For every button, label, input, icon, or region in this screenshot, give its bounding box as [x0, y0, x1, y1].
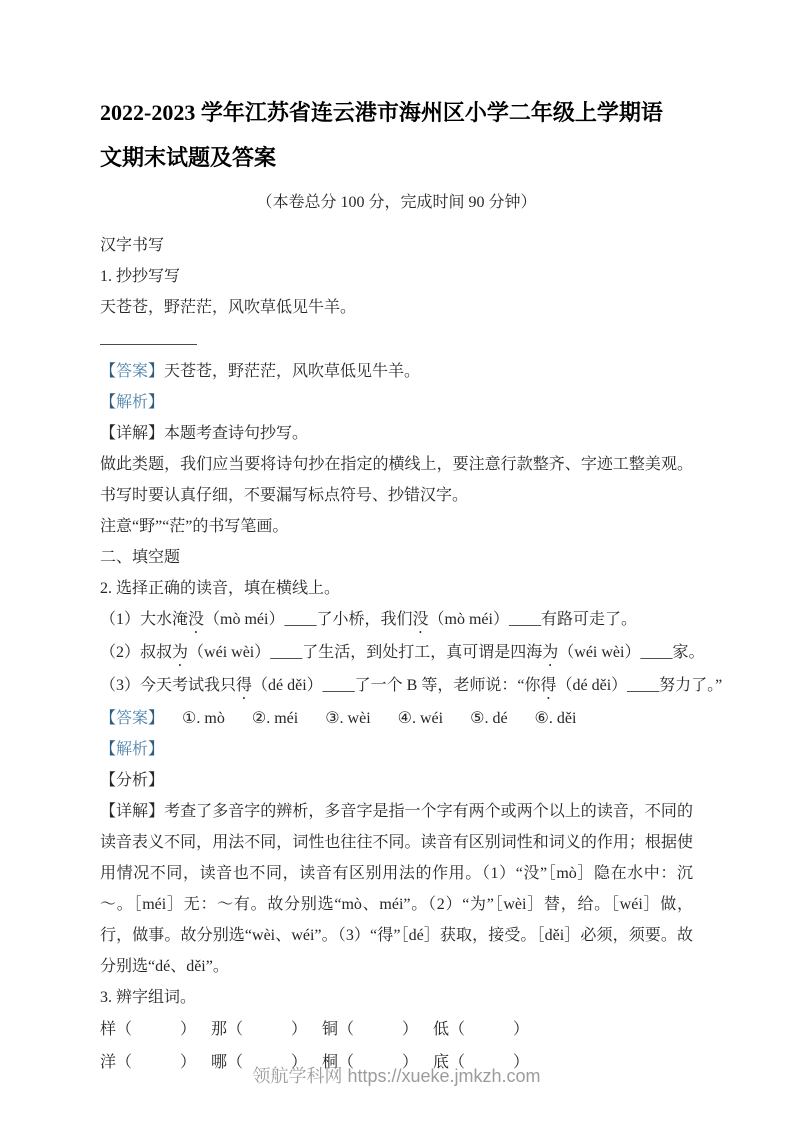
q2-item-2-text: （wéi wèi）____了生活，到处打工，真可谓是四海: [188, 644, 542, 661]
bracket: 】: [148, 803, 164, 820]
q1-blank-row: [100, 323, 693, 356]
bracket: 】: [148, 710, 164, 727]
bracket: 】: [148, 741, 164, 758]
page-title: 2022-2023 学年江苏省连云港市海州区小学二年级上学期语文期末试题及答案: [100, 90, 693, 180]
word-blank-cell: 铜（ ）: [322, 1013, 418, 1046]
emphasized-char: 为: [542, 644, 558, 661]
title-line-2: 文期末试题及答案: [100, 145, 276, 170]
exam-info: （本卷总分 100 分，完成时间 90 分钟）: [100, 188, 693, 218]
q2-answer-label: 【答案】: [100, 703, 164, 734]
q2-fenxi-row: 【分析】: [100, 765, 693, 796]
answer-option: ⑤. dé: [470, 703, 507, 734]
word-blank-cell: 样（ ）: [100, 1013, 196, 1046]
q1-analysis-row: 【解析】: [100, 387, 693, 418]
q1-answer-row: 【答案】天苍苍，野茫茫，风吹草低见牛羊。: [100, 356, 693, 387]
answer-option: ④. wéi: [398, 703, 443, 734]
answer-option: ⑥. děi: [535, 703, 577, 734]
analysis-label: 解析: [116, 741, 148, 758]
q2-item-2-text: （2）叔叔: [100, 644, 172, 661]
emphasized-char: 得: [236, 677, 252, 694]
q1-number: 1. 抄抄写写: [100, 261, 693, 292]
emphasized-char: 没: [412, 611, 428, 628]
word-blank-cell: 那（ ）: [211, 1013, 307, 1046]
q2-detail-text: 考查了多音字的辨析，多音字是指一个字有两个或两个以上的读音，不同的读音表义不同，…: [100, 803, 693, 975]
bracket: 【: [100, 394, 116, 411]
title-line-1: 2022-2023 学年江苏省连云港市海州区小学二年级上学期语: [100, 100, 663, 125]
q2-item-1-text: （mò méi）____了小桥，我们: [204, 611, 412, 628]
q3-row-1: 样（ ）那（ ）铜（ ）低（ ）: [100, 1013, 693, 1046]
detail-label: 详解: [116, 803, 148, 820]
bracket: 】: [148, 363, 164, 380]
q2-item-3: （3）今天考试我只得（dé děi）____了一个 B 等，老师说：“你得（dé…: [100, 670, 693, 703]
answer-label: 答案: [116, 363, 148, 380]
bracket: 】: [148, 425, 164, 442]
q1-detail-note: 注意“野”“茫”的书写笔画。: [100, 511, 693, 542]
q2-number: 2. 选择正确的读音，填在横线上。: [100, 573, 693, 604]
q3-number: 3. 辨字组词。: [100, 982, 693, 1013]
bracket: 【: [100, 741, 116, 758]
q2-item-1-text: （1）大水淹: [100, 611, 188, 628]
section-heading-hanzi: 汉字书写: [100, 230, 693, 261]
analysis-label: 解析: [116, 394, 148, 411]
q2-analysis-row: 【解析】: [100, 734, 693, 765]
q1-answer-text: 天苍苍，野茫茫，风吹草低见牛羊。: [164, 363, 420, 380]
q2-item-2-text: （wéi wèi）____家。: [558, 644, 704, 661]
q2-detail-body: 【详解】考查了多音字的辨析，多音字是指一个字有两个或两个以上的读音，不同的读音表…: [100, 796, 693, 982]
emphasized-char: 得: [540, 677, 556, 694]
q1-stem: 天苍苍，野茫茫，风吹草低见牛羊。: [100, 292, 693, 323]
answer-blank-line: [100, 323, 197, 345]
document-page: 2022-2023 学年江苏省连云港市海州区小学二年级上学期语文期末试题及答案 …: [0, 0, 793, 1122]
q1-detail-body: 做此类题，我们应当要将诗句抄在指定的横线上，要注意行款整齐、字迹工整美观。书写时…: [100, 449, 693, 511]
section-heading-fillblank: 二、填空题: [100, 542, 693, 573]
bracket: 【: [100, 803, 116, 820]
bracket: 】: [148, 772, 164, 789]
word-blank-cell: 低（ ）: [433, 1013, 529, 1046]
q1-detail-intro: 本题考查诗句抄写。: [164, 425, 308, 442]
footer-watermark: 领航学科网 https://xueke.jmkzh.com: [0, 1062, 793, 1088]
bracket: 】: [148, 394, 164, 411]
emphasized-char: 为: [172, 644, 188, 661]
emphasized-char: 没: [188, 611, 204, 628]
fenxi-label: 分析: [116, 772, 148, 789]
answer-option: ③. wèi: [325, 703, 370, 734]
q2-answer-row: 【答案】①. mò②. méi③. wèi④. wéi⑤. dé⑥. děi: [100, 703, 693, 734]
bracket: 【: [100, 772, 116, 789]
document-body: 汉字书写 1. 抄抄写写 天苍苍，野茫茫，风吹草低见牛羊。 【答案】天苍苍，野茫…: [100, 230, 693, 1079]
q2-item-1: （1）大水淹没（mò méi）____了小桥，我们没（mò méi）____有路…: [100, 604, 693, 637]
q2-item-3-text: （3）今天考试我只: [100, 677, 236, 694]
page-content: 2022-2023 学年江苏省连云港市海州区小学二年级上学期语文期末试题及答案 …: [0, 0, 793, 1079]
answer-option: ①. mò: [182, 703, 225, 734]
answer-label: 答案: [116, 710, 148, 727]
bracket: 【: [100, 425, 116, 442]
q2-item-3-text: （dé děi）____了一个 B 等，老师说：“你: [252, 677, 540, 694]
q2-item-2: （2）叔叔为（wéi wèi）____了生活，到处打工，真可谓是四海为（wéi …: [100, 637, 693, 670]
detail-label: 详解: [116, 425, 148, 442]
q2-item-1-text: （mò méi）____有路可走了。: [429, 611, 637, 628]
q2-item-3-text: （dé děi）____努力了。”: [556, 677, 722, 694]
answer-option: ②. méi: [252, 703, 298, 734]
bracket: 【: [100, 710, 116, 727]
bracket: 【: [100, 363, 116, 380]
q1-detail-row: 【详解】本题考查诗句抄写。: [100, 418, 693, 449]
